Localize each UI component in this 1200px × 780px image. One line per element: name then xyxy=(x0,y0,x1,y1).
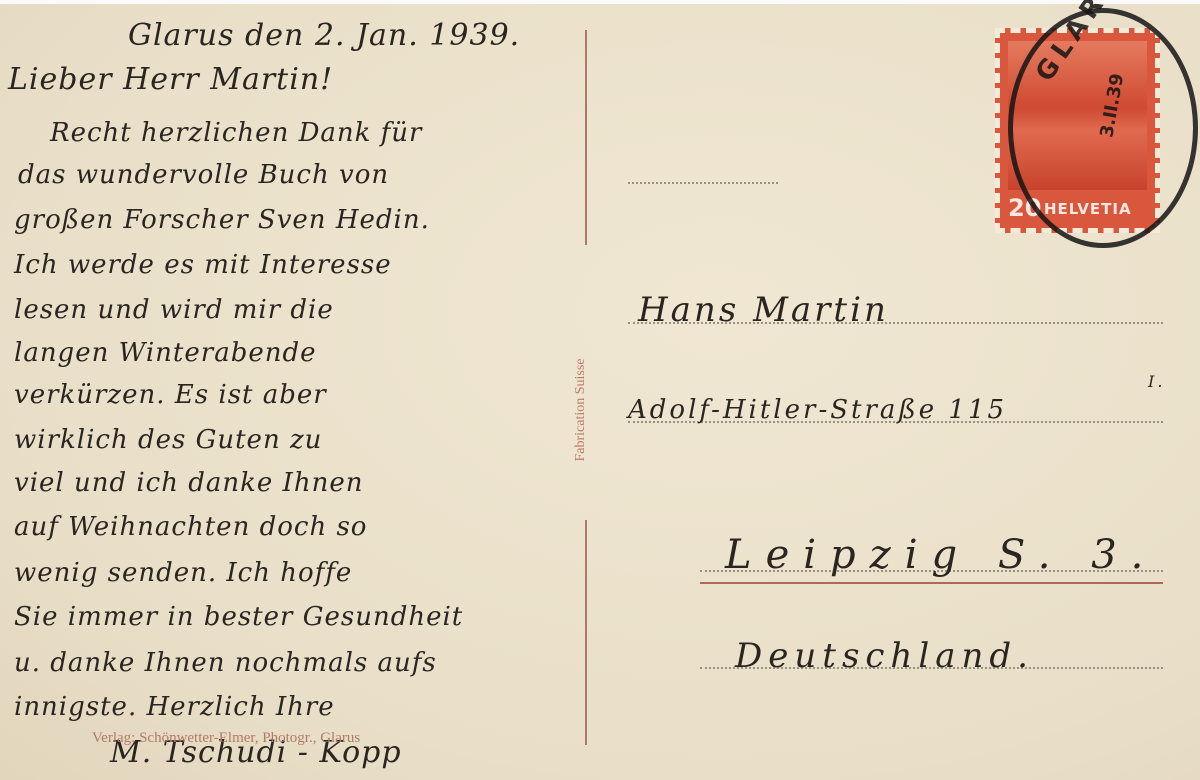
publisher-imprint: Verlag: Schönwetter-Elmer, Photogr., Gla… xyxy=(92,730,360,747)
message-line: auf Weihnachten doch so xyxy=(14,512,367,542)
message-line: lesen und wird mir die xyxy=(14,295,334,325)
address-superscript: I. xyxy=(1148,372,1165,391)
address-street: Adolf-Hitler-Straße 115 xyxy=(628,395,1007,425)
address-line-0 xyxy=(628,182,778,184)
address-country: Deutschland. xyxy=(735,636,1034,676)
postcard: Glarus den 2. Jan. 1939. Lieber Herr Mar… xyxy=(0,0,1200,780)
date-line: Glarus den 2. Jan. 1939. xyxy=(128,18,520,53)
greeting: Lieber Herr Martin! xyxy=(8,62,333,97)
message-line: Ich werde es mit Interesse xyxy=(14,250,392,280)
message-line: Recht herzlichen Dank für xyxy=(50,118,422,148)
message-line: innigste. Herzlich Ihre xyxy=(14,692,335,722)
address-city: Leipzig S. 3. xyxy=(725,532,1157,578)
message-line: das wundervolle Buch von xyxy=(18,160,389,190)
message-line: u. danke Ihnen nochmals aufs xyxy=(14,648,437,678)
divider-line-top xyxy=(585,30,587,245)
message-line: Sie immer in bester Gesundheit xyxy=(14,602,463,632)
message-line: viel und ich danke Ihnen xyxy=(14,468,363,498)
fabrication-label: Fabrication Suisse xyxy=(569,300,593,520)
scan-top-edge xyxy=(0,0,1200,4)
message-line: langen Winterabende xyxy=(14,338,317,368)
message-line: verkürzen. Es ist aber xyxy=(14,380,327,410)
address-name: Hans Martin xyxy=(638,290,889,330)
message-line: wenig senden. Ich hoffe xyxy=(14,558,352,588)
message-line: wirklich des Guten zu xyxy=(14,425,322,455)
address-underline-red xyxy=(700,582,1163,584)
divider-line-bottom xyxy=(585,520,587,745)
message-line: großen Forscher Sven Hedin. xyxy=(14,205,430,235)
